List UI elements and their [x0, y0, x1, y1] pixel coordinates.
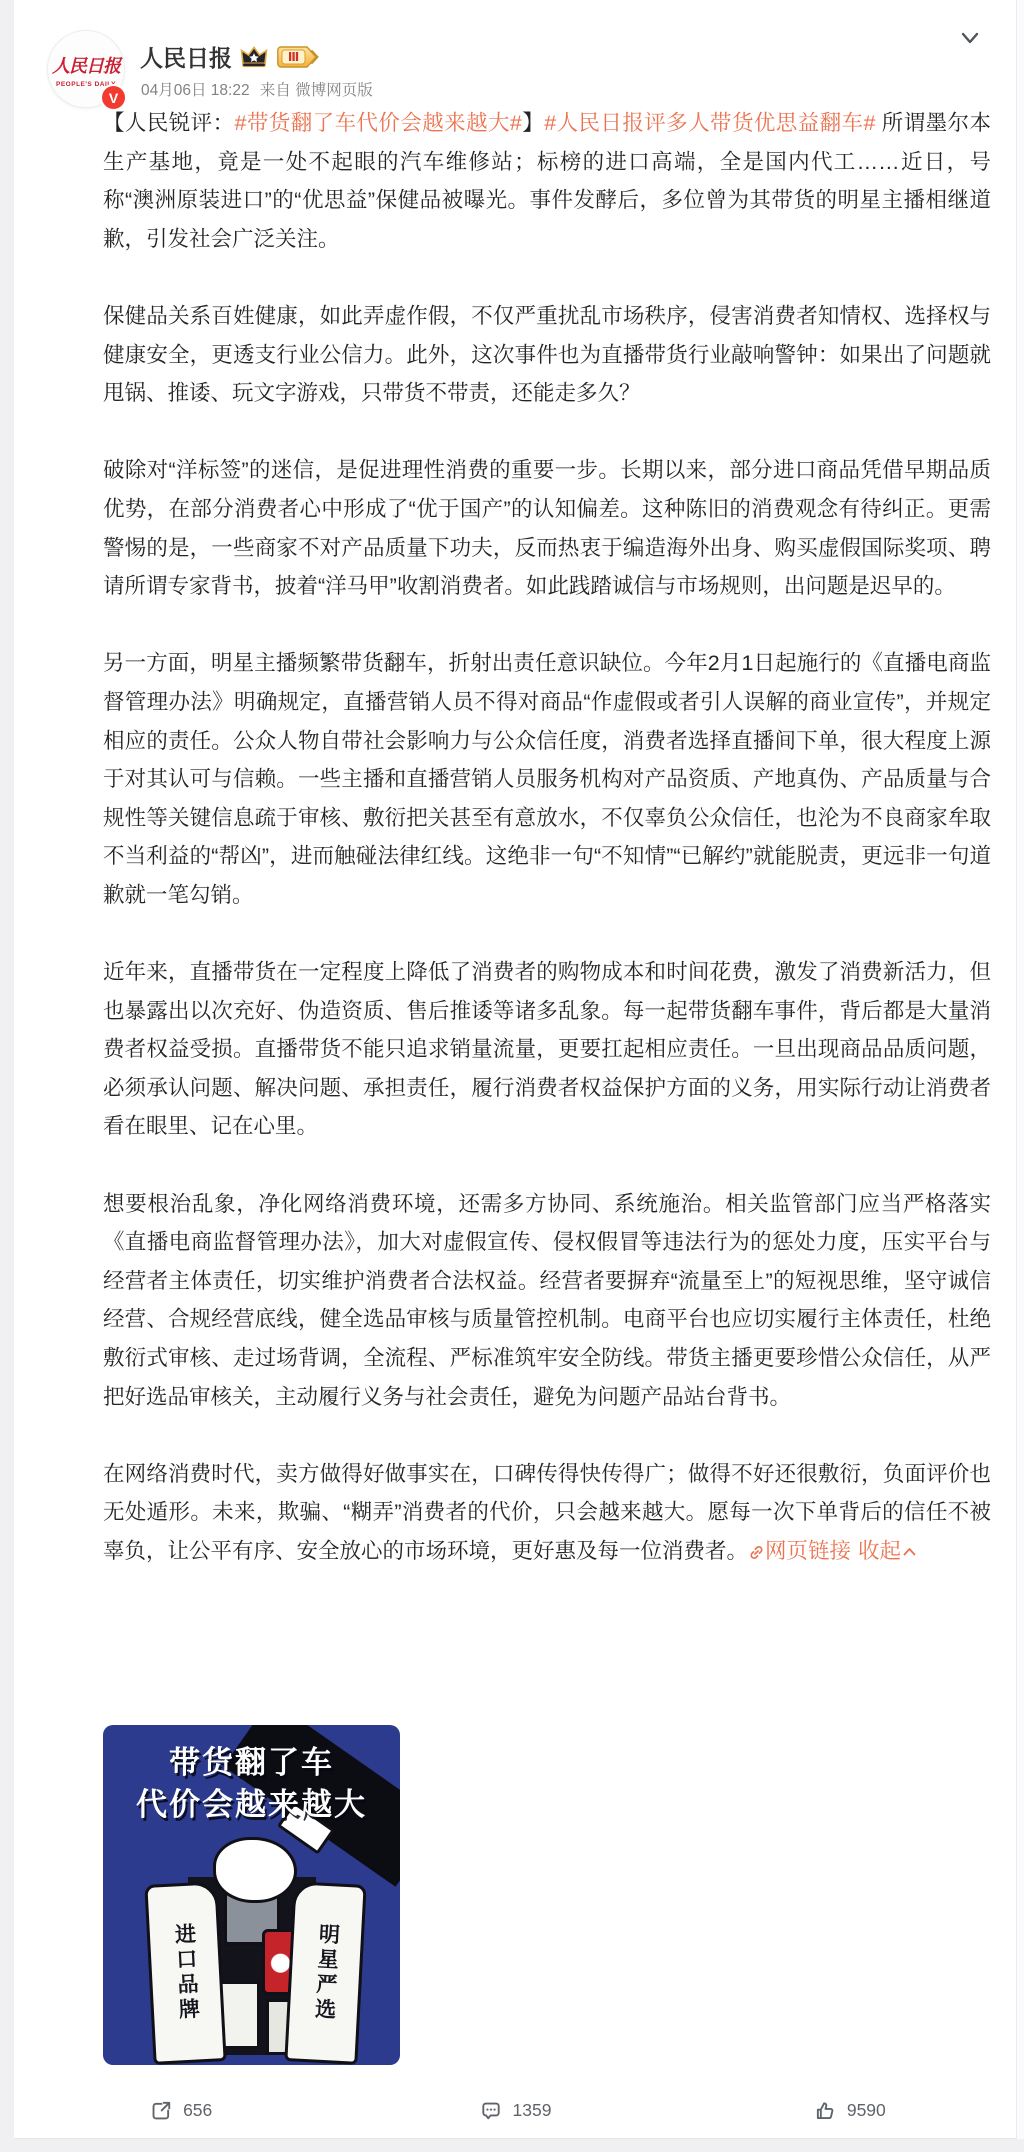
timestamp: 04月06日 18:22 — [141, 82, 250, 99]
illustration-title-line2: 代价会越来越大 — [103, 1779, 400, 1824]
like-count: 9590 — [847, 2100, 886, 2121]
hashtag-link-2[interactable]: #人民日报评多人带货优思益翻车# — [544, 111, 875, 135]
comment-button[interactable]: 1359 — [348, 2100, 682, 2122]
webpage-link[interactable]: 网页链接 — [748, 1539, 851, 1563]
webpage-link-label: 网页链接 — [765, 1539, 851, 1563]
like-icon — [814, 2100, 836, 2122]
post-paragraph-closing: 在网络消费时代，卖方做得好做事实在，口碑传得快传得广；做得不好还很敷衍，负面评价… — [103, 1455, 991, 1571]
avatar-logo-text: 人民日报 — [48, 52, 124, 78]
post-text: 【人民锐评：#带货翻了车代价会越来越大#】#人民日报评多人带货优思益翻车# 所谓… — [103, 104, 991, 1712]
username[interactable]: 人民日报 — [140, 40, 232, 73]
chevron-up-icon — [903, 1547, 916, 1556]
post-paragraph: 破除对“洋标签”的迷信，是促进理性消费的重要一步。长期以来，部分进口商品凭借早期… — [103, 451, 991, 605]
page-left-gutter — [0, 0, 14, 2152]
repost-button[interactable]: 656 — [14, 2100, 348, 2122]
post-image[interactable]: 进口品牌 明星严选 带货翻了车 代价会越来越大 — [103, 1725, 400, 2065]
comment-count: 1359 — [513, 2100, 552, 2121]
chevron-down-icon[interactable] — [958, 26, 982, 50]
post-paragraph: 近年来，直播带货在一定程度上降低了消费者的购物成本和时间花费，激发了消费新活力，… — [103, 953, 991, 1146]
post-paragraph: 想要根治乱象，净化网络消费环境，还需多方协同、系统施治。相关监管部门应当严格落实… — [103, 1185, 991, 1417]
post-card: 人民日报 PEOPLE'S DAILY V 人民日报 Ⅲ 04月06日 18:2… — [14, 0, 1017, 2139]
vest-left-panel: 进口品牌 — [144, 1881, 226, 2065]
post-source[interactable]: 来自 微博网页版 — [260, 82, 373, 99]
vip-level-badge[interactable]: Ⅲ — [276, 45, 322, 69]
collapse-label: 收起 — [858, 1539, 901, 1563]
post-paragraph: 保健品关系百姓健康，如此弄虚作假，不仅严重扰乱市场秩序，侵害消费者知情权、选择权… — [103, 297, 991, 413]
post-meta: 04月06日 18:22 来自 微博网页版 — [141, 78, 373, 100]
repost-icon — [150, 2100, 172, 2122]
repost-count: 656 — [183, 2100, 212, 2121]
post-paragraph: 另一方面，明星主播频繁带货翻车，折射出责任意识缺位。今年2月1日起施行的《直播电… — [103, 644, 991, 914]
collapse-link[interactable]: 收起 — [858, 1539, 916, 1563]
vip-level-text: Ⅲ — [288, 50, 299, 64]
comment-icon — [480, 2100, 502, 2122]
link-icon — [748, 1544, 765, 1561]
fist-graphic — [213, 1837, 297, 1903]
vest-right-panel: 明星严选 — [284, 1881, 366, 2065]
intro-bracket-close: 】 — [522, 111, 544, 135]
vip-crown-icon[interactable] — [240, 45, 268, 69]
hashtag-link-1[interactable]: #带货翻了车代价会越来越大# — [235, 111, 522, 135]
intro-prefix: 【人民锐评： — [103, 111, 235, 135]
page-bottom-gutter — [0, 2139, 1024, 2152]
like-button[interactable]: 9590 — [683, 2100, 1017, 2122]
vest-right-label: 明星严选 — [308, 1922, 343, 2023]
illustration-title-line1: 带货翻了车 — [103, 1737, 400, 1782]
post-paragraph-intro: 【人民锐评：#带货翻了车代价会越来越大#】#人民日报评多人带货优思益翻车# 所谓… — [103, 104, 991, 258]
user-row: 人民日报 Ⅲ — [140, 40, 322, 73]
avatar[interactable]: 人民日报 PEOPLE'S DAILY V — [47, 30, 125, 108]
vest-left-label: 进口品牌 — [168, 1922, 203, 2023]
action-bar: 656 1359 9590 — [14, 2082, 1017, 2139]
